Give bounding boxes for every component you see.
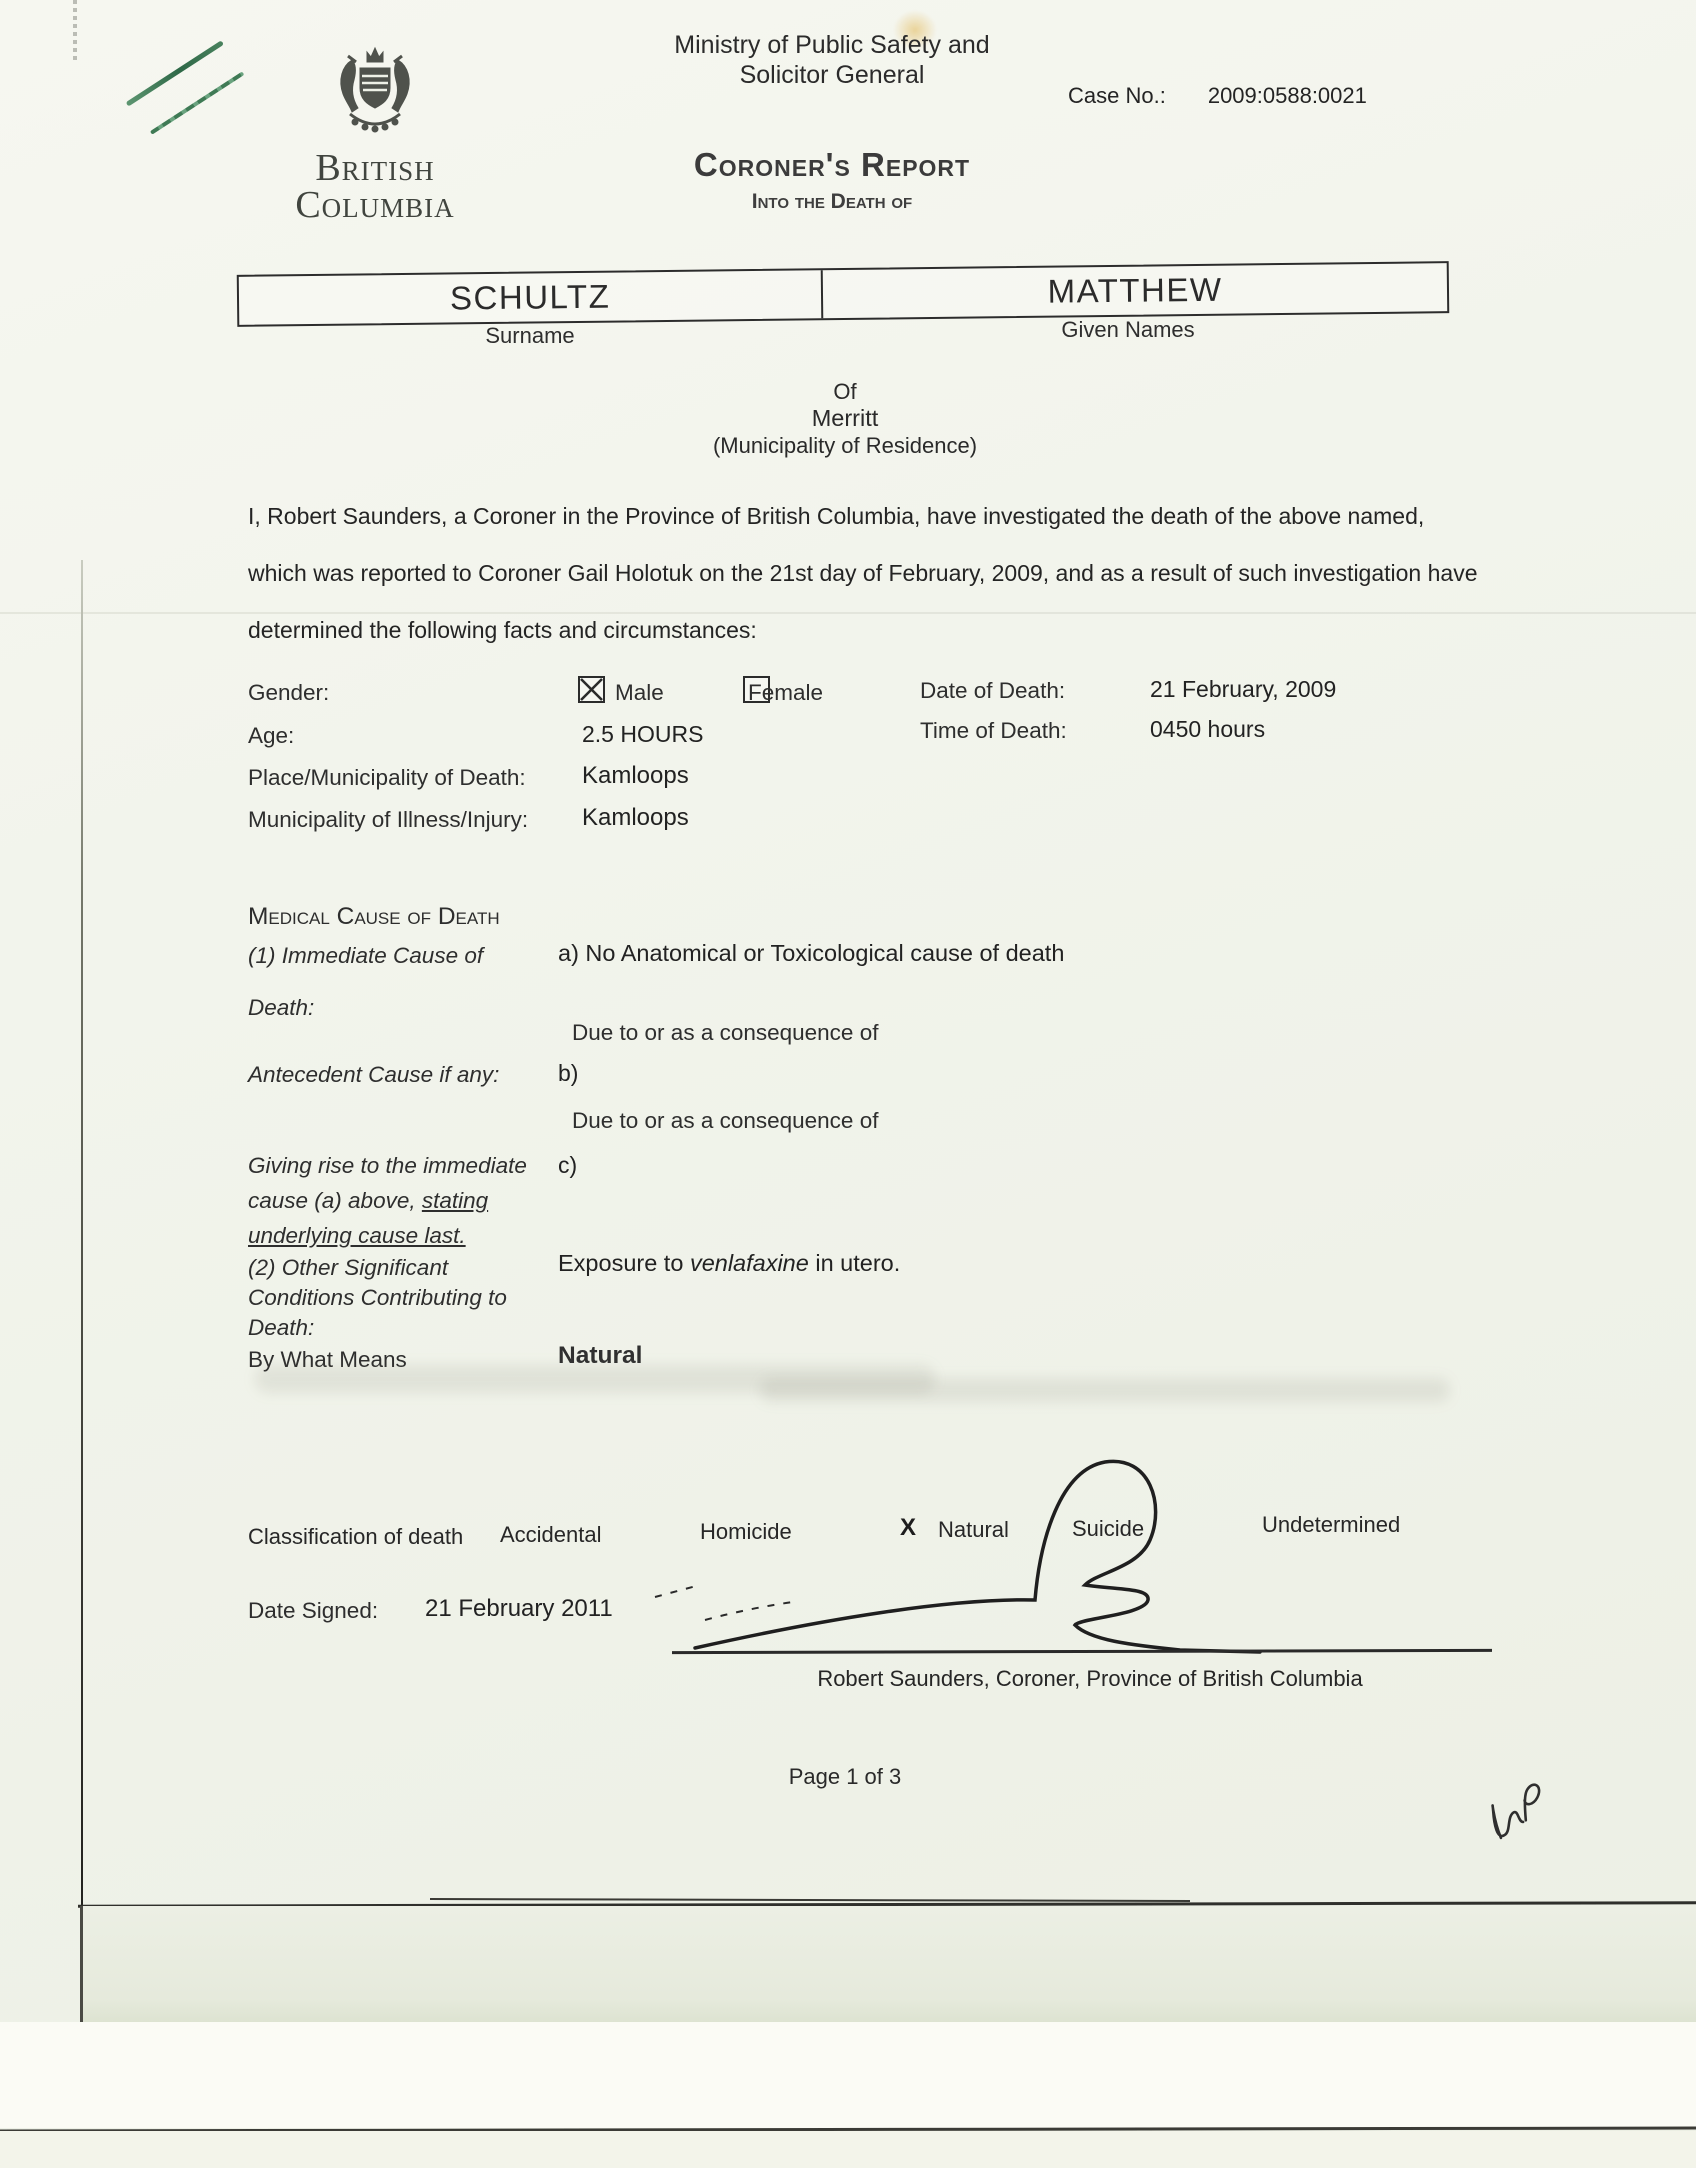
underlying-sheet	[80, 1906, 1696, 2022]
page-bottom-edge	[430, 1898, 1190, 1902]
ministry-name: Ministry of Public Safety and Solicitor …	[552, 30, 1112, 90]
deceased-name-box: SCHULTZ MATTHEW	[237, 261, 1450, 327]
age-value: 2.5 HOURS	[582, 721, 703, 748]
given-names-label: Given Names	[1018, 317, 1238, 343]
giving-rise-label: Giving rise to the immediate cause (a) a…	[248, 1148, 548, 1253]
due-to-text-1: Due to or as a consequence of	[572, 1020, 878, 1046]
female-label: Female	[748, 680, 823, 706]
date-signed-label: Date Signed:	[248, 1598, 378, 1624]
bleed-through-smudge	[760, 1378, 1450, 1402]
case-number-row: Case No.: 2009:0588:0021	[1068, 83, 1367, 109]
signatory-name: Robert Saunders, Coroner, Province of Br…	[680, 1666, 1500, 1692]
date-of-death-value: 21 February, 2009	[1150, 676, 1336, 703]
report-subtitle: Into the Death of	[552, 190, 1112, 214]
residence-value: Merritt	[595, 405, 1095, 432]
antecedent-cause-value: b)	[558, 1060, 578, 1087]
classification-label: Classification of death	[248, 1524, 463, 1550]
due-to-text-2: Due to or as a consequence of	[572, 1108, 878, 1134]
other-conditions-value: Exposure to venlafaxine in utero.	[558, 1250, 900, 1277]
coroner-report-scan: British Columbia Ministry of Public Safe…	[0, 0, 1696, 2168]
of-label: Of	[595, 378, 1095, 405]
date-of-death-label: Date of Death:	[920, 678, 1065, 704]
illness-municipality-value: Kamloops	[582, 804, 689, 832]
handwritten-initials	[1459, 1763, 1578, 1882]
male-checkbox	[578, 676, 605, 703]
surname-value: SCHULTZ	[239, 270, 824, 325]
page-edge-shadow	[81, 560, 83, 1906]
given-names-value: MATTHEW	[823, 263, 1447, 318]
scanner-background-strip	[0, 2131, 1696, 2168]
immediate-cause-label: (1) Immediate Cause of	[248, 943, 483, 969]
giving-rise-value: c)	[558, 1152, 577, 1179]
case-number-value: 2009:0588:0021	[1208, 83, 1367, 109]
male-label: Male	[615, 680, 664, 706]
coroner-statement: I, Robert Saunders, a Coroner in the Pro…	[248, 488, 1503, 659]
place-of-death-label: Place/Municipality of Death:	[248, 765, 526, 791]
age-label: Age:	[248, 723, 294, 749]
place-of-death-value: Kamloops	[582, 762, 689, 790]
gender-label: Gender:	[248, 680, 329, 706]
residence-block: Of Merritt (Municipality of Residence)	[595, 378, 1095, 459]
date-signed-value: 21 February 2011	[425, 1595, 613, 1623]
surname-label: Surname	[430, 323, 630, 349]
report-title: Coroner's Report	[552, 146, 1112, 184]
page-number: Page 1 of 3	[645, 1764, 1045, 1790]
residence-label: (Municipality of Residence)	[595, 432, 1095, 459]
scanner-background	[0, 2022, 1696, 2128]
case-number-label: Case No.:	[1068, 83, 1166, 109]
immediate-cause-label-2: Death:	[248, 995, 314, 1021]
classification-option-accidental: Accidental	[500, 1522, 602, 1548]
bc-wordmark: British Columbia	[245, 150, 505, 224]
other-conditions-label: (2) Other Significant Conditions Contrib…	[248, 1253, 568, 1343]
immediate-cause-value: a) No Anatomical or Toxicological cause …	[558, 940, 1064, 967]
medical-cause-heading: Medical Cause of Death	[248, 903, 500, 931]
bc-coat-of-arms-icon	[308, 46, 442, 158]
checkbox-x-icon	[580, 678, 603, 701]
time-of-death-value: 0450 hours	[1150, 716, 1265, 743]
coroner-signature	[620, 1430, 1520, 1670]
antecedent-cause-label: Antecedent Cause if any:	[248, 1062, 499, 1088]
illness-municipality-label: Municipality of Illness/Injury:	[248, 807, 528, 833]
scan-edge-artifact	[73, 0, 77, 60]
time-of-death-label: Time of Death:	[920, 718, 1067, 744]
